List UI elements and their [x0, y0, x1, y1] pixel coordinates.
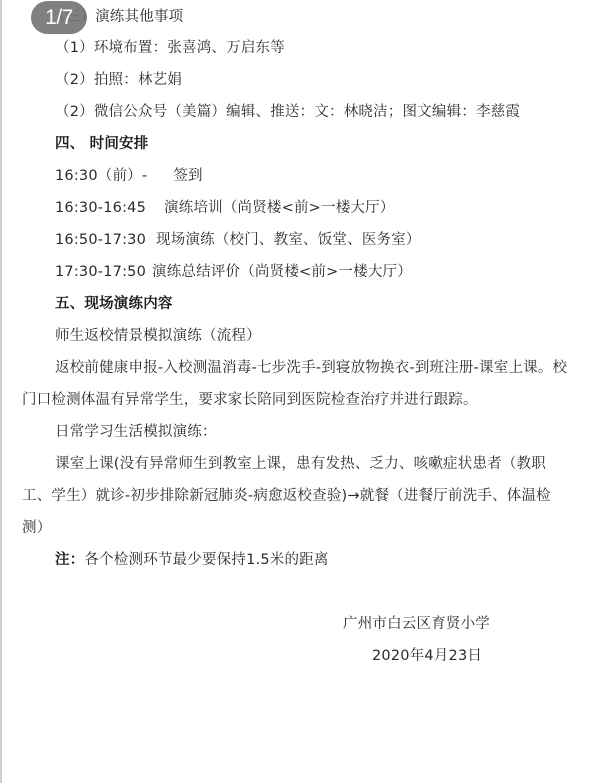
schedule-row: 16:30（前）-签到 — [55, 166, 203, 186]
document-page: （三）演练其他事项 （1）环境布置：张喜鸿、万启东等 （2）拍照：林艺娟 （2）… — [0, 0, 603, 783]
env-setup-line: （1）环境布置：张喜鸿、万启东等 — [55, 38, 285, 58]
schedule-activity: 演练培训（尚贤楼<前>一楼大厅） — [164, 200, 395, 216]
return-drill-paragraph-line: 返校前健康申报-入校测温消毒-七步洗手-到寝放物换衣-到班注册-课室上课。校 — [55, 358, 567, 378]
schedule-time: 16:30（前）- — [55, 168, 147, 184]
schedule-activity: 现场演练（校门、教室、饭堂、医务室） — [156, 232, 421, 248]
return-drill-title: 师生返校情景模拟演练（流程） — [55, 326, 261, 346]
schedule-activity: 签到 — [173, 168, 202, 184]
schedule-time: 16:30-16:45 — [55, 200, 146, 216]
note-text: 各个检测环节最少要保持1.5米的距离 — [84, 552, 328, 568]
note-label: 注： — [55, 552, 84, 568]
photo-line: （2）拍照：林艺娟 — [55, 70, 182, 90]
note-line: 注：各个检测环节最少要保持1.5米的距离 — [55, 550, 329, 570]
daily-drill-title: 日常学习生活模拟演练： — [55, 422, 217, 442]
schedule-row: 16:50-17:30现场演练（校门、教室、饭堂、医务室） — [55, 230, 421, 250]
wechat-line: （2）微信公众号（美篇）编辑、推送：文：林晓洁；图文编辑：李慈霞 — [55, 102, 520, 122]
schedule-row: 16:30-16:45演练培训（尚贤楼<前>一楼大厅） — [55, 198, 395, 218]
section4-heading: 四、 时间安排 — [55, 134, 148, 154]
daily-drill-paragraph-line: 测） — [22, 518, 51, 538]
schedule-row: 17:30-17:50演练总结评价（尚贤楼<前>一楼大厅） — [55, 262, 412, 282]
signature-date: 2020年4月23日 — [372, 646, 482, 666]
schedule-time: 17:30-17:50 — [55, 264, 146, 280]
return-drill-paragraph-line: 门口检测体温有异常学生，要求家长陪同到医院检查治疗并进行跟踪。 — [22, 390, 478, 410]
section5-heading: 五、现场演练内容 — [55, 294, 173, 314]
daily-drill-paragraph-line: 课室上课(没有异常师生到教室上课，患有发热、乏力、咳嗽症状患者（教职 — [55, 454, 546, 474]
page-indicator-badge: 1/7 — [31, 1, 87, 34]
schedule-activity: 演练总结评价（尚贤楼<前>一楼大厅） — [152, 264, 412, 280]
daily-drill-paragraph-line: 工、学生）就诊-初步排除新冠肺炎-病愈返校查验)→就餐（进餐厅前洗手、体温检 — [22, 486, 551, 506]
signature-org: 广州市白云区育贤小学 — [343, 614, 490, 634]
schedule-time: 16:50-17:30 — [55, 232, 146, 248]
